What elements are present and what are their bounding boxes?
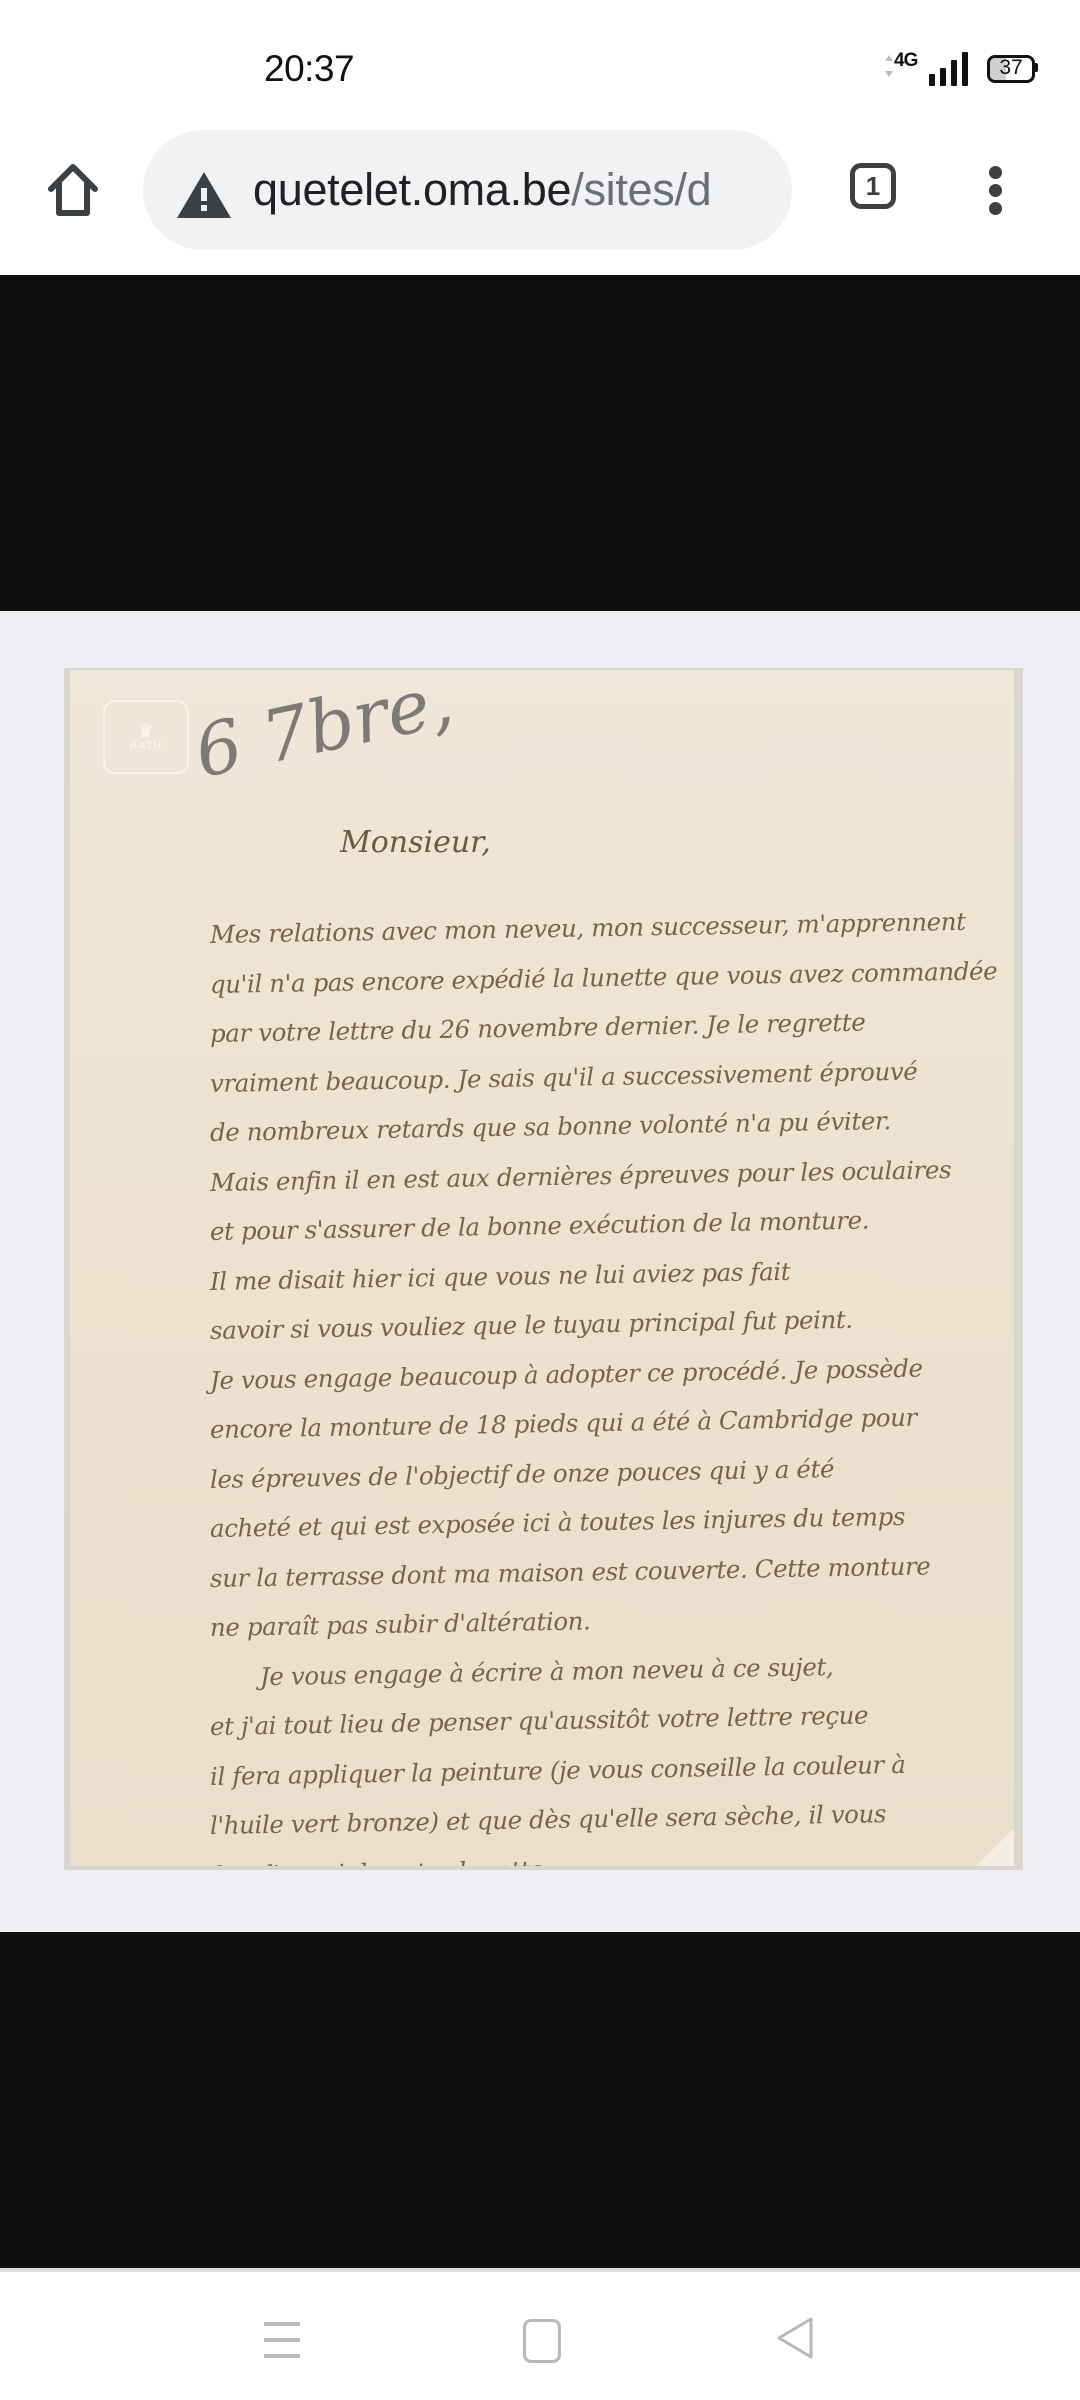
viewer-background-top bbox=[0, 275, 1080, 611]
pencil-date-note: 6 7bre, bbox=[188, 670, 460, 794]
letter-page: ♛ BATH 6 7bre, Monsieur, Mes relations a… bbox=[70, 670, 1014, 1866]
warning-triangle-icon[interactable] bbox=[176, 171, 232, 219]
status-bar: 20:37 4G 37 bbox=[0, 0, 1080, 120]
address-bar[interactable]: quetelet.oma.be/sites/d bbox=[143, 130, 792, 250]
home-square-button[interactable] bbox=[523, 2319, 561, 2363]
more-options-button[interactable] bbox=[975, 160, 1015, 220]
back-triangle-icon bbox=[774, 2316, 818, 2360]
signal-strength-icon bbox=[927, 52, 969, 86]
embossed-stamp: ♛ BATH bbox=[103, 700, 189, 774]
home-button[interactable] bbox=[38, 156, 108, 226]
home-icon bbox=[41, 159, 105, 223]
url-path: /sites/d bbox=[571, 164, 711, 215]
stamp-text: BATH bbox=[130, 740, 163, 752]
crown-icon: ♛ bbox=[137, 722, 154, 740]
tab-switcher-icon: 1 bbox=[850, 163, 896, 209]
network-type: 4G bbox=[894, 50, 917, 72]
tab-switcher-button[interactable]: 1 bbox=[848, 161, 904, 217]
url-text[interactable]: quetelet.oma.be/sites/d bbox=[253, 164, 778, 216]
browser-toolbar: quetelet.oma.be/sites/d 1 bbox=[0, 120, 1080, 275]
battery-icon: 37 bbox=[987, 55, 1035, 83]
back-button[interactable] bbox=[774, 2316, 818, 2360]
letter-body: Mes relations avec mon neveu, mon succes… bbox=[210, 910, 1010, 1866]
status-time: 20:37 bbox=[264, 48, 354, 90]
data-activity-icon bbox=[884, 54, 894, 78]
system-nav-bar bbox=[0, 2272, 1080, 2400]
battery-level: 37 bbox=[990, 56, 1032, 80]
recents-button[interactable] bbox=[264, 2322, 300, 2358]
letter-salutation: Monsieur, bbox=[340, 825, 491, 860]
viewer-background-bottom bbox=[0, 1932, 1080, 2268]
tab-count: 1 bbox=[866, 171, 880, 202]
url-host: quetelet.oma.be bbox=[253, 164, 571, 215]
